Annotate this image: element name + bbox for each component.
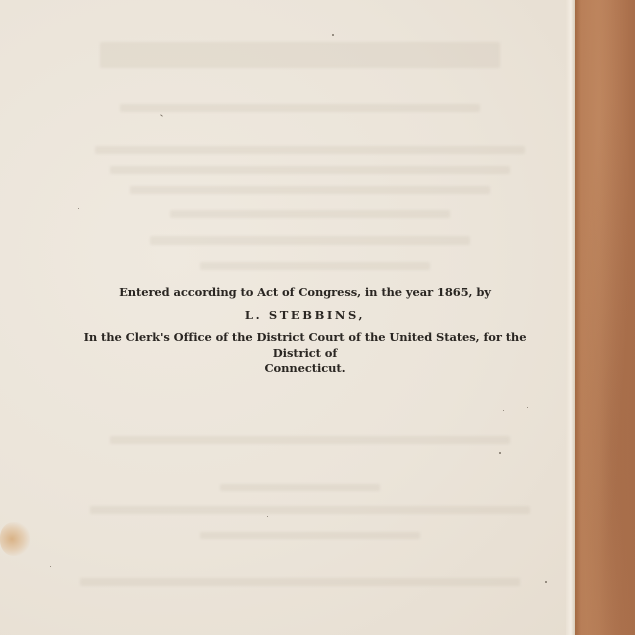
copyright-holder: L. STEBBINS,	[70, 308, 540, 324]
ink-speck	[50, 566, 51, 567]
bleed-through-line	[200, 262, 430, 270]
ink-speck	[545, 581, 547, 583]
bleed-through-line	[150, 236, 470, 245]
bleed-through-title	[100, 42, 500, 68]
ink-speck	[503, 410, 504, 411]
ink-speck	[267, 516, 268, 517]
copyright-office-line: In the Clerk's Office of the District Co…	[70, 330, 540, 361]
bleed-through-line	[110, 436, 510, 444]
bleed-through-line	[200, 532, 420, 539]
bleed-through-line	[110, 166, 510, 174]
bleed-through-line	[90, 506, 530, 514]
copyright-entered-line: Entered according to Act of Congress, in…	[70, 285, 540, 301]
ink-speck	[499, 452, 501, 454]
bleed-through-line	[120, 104, 480, 112]
ink-speck	[160, 114, 163, 117]
copyright-notice: Entered according to Act of Congress, in…	[70, 285, 540, 377]
bleed-through-line	[170, 210, 450, 218]
bleed-through-line	[80, 578, 520, 586]
page-edge	[566, 0, 575, 635]
ink-speck	[78, 208, 79, 209]
book-page: Entered according to Act of Congress, in…	[0, 0, 575, 635]
ink-speck	[332, 34, 334, 36]
bleed-through-line	[95, 146, 525, 154]
copyright-district: Connecticut.	[70, 361, 540, 377]
ink-speck	[527, 407, 528, 408]
bleed-through-line	[220, 484, 380, 491]
foxing-stain	[0, 522, 30, 556]
book-cover-edge	[575, 0, 635, 635]
bleed-through-line	[130, 186, 490, 194]
